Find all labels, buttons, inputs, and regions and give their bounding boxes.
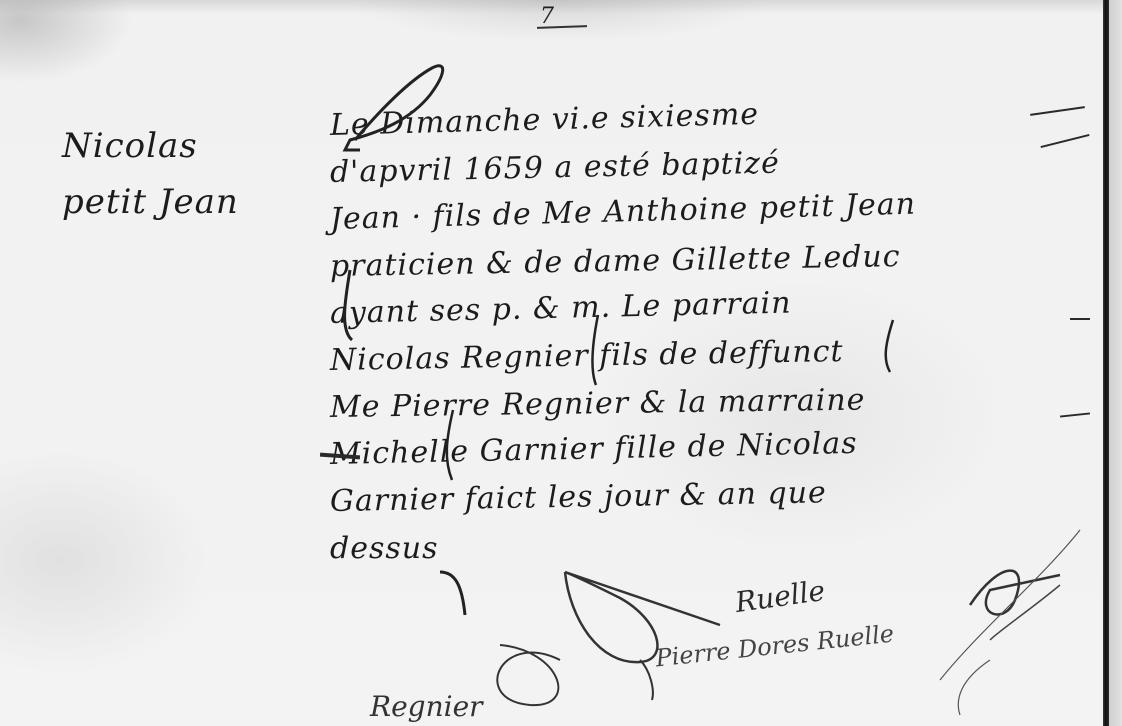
margin-name-given: Nicolas (62, 118, 312, 174)
line-filler-dash (1070, 318, 1090, 320)
margin-name-family: petit Jean (62, 174, 312, 230)
adjacent-page-edge (1109, 0, 1122, 726)
baptism-entry: Le Dimanche vi.e sixiesme d'apvril 1659 … (330, 102, 1100, 572)
margin-note: Nicolas petit Jean (62, 118, 312, 230)
signature-regnier: Regnier (370, 690, 483, 723)
entry-line: dessus (330, 525, 1100, 572)
folio-number: 7 (540, 4, 554, 29)
